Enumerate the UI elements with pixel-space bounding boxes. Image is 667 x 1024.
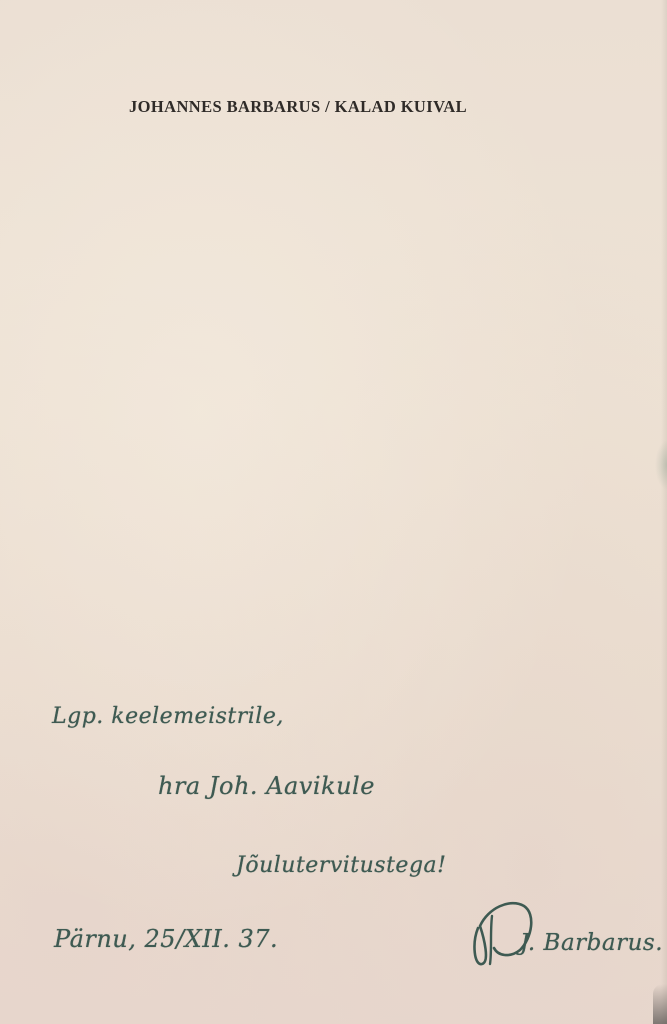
page-corner-shadow [653, 984, 667, 1024]
page-smudge [655, 440, 667, 490]
inscription-recipient: hra Joh. Aavikule [158, 772, 375, 800]
book-page: JOHANNES BARBARUS / KALAD KUIVAL Lgp. ke… [0, 0, 667, 1024]
printed-author-title: JOHANNES BARBARUS / KALAD KUIVAL [0, 97, 596, 117]
page-edge-shadow [661, 0, 667, 1024]
inscription-greeting: Jõulutervitustega! [236, 853, 446, 878]
inscription-salutation: Lgp. keelemeistrile, [52, 704, 284, 729]
inscription-place-date: Pärnu, 25/XII. 37. [54, 925, 278, 953]
inscription-signature: J. Barbarus. [520, 930, 663, 956]
